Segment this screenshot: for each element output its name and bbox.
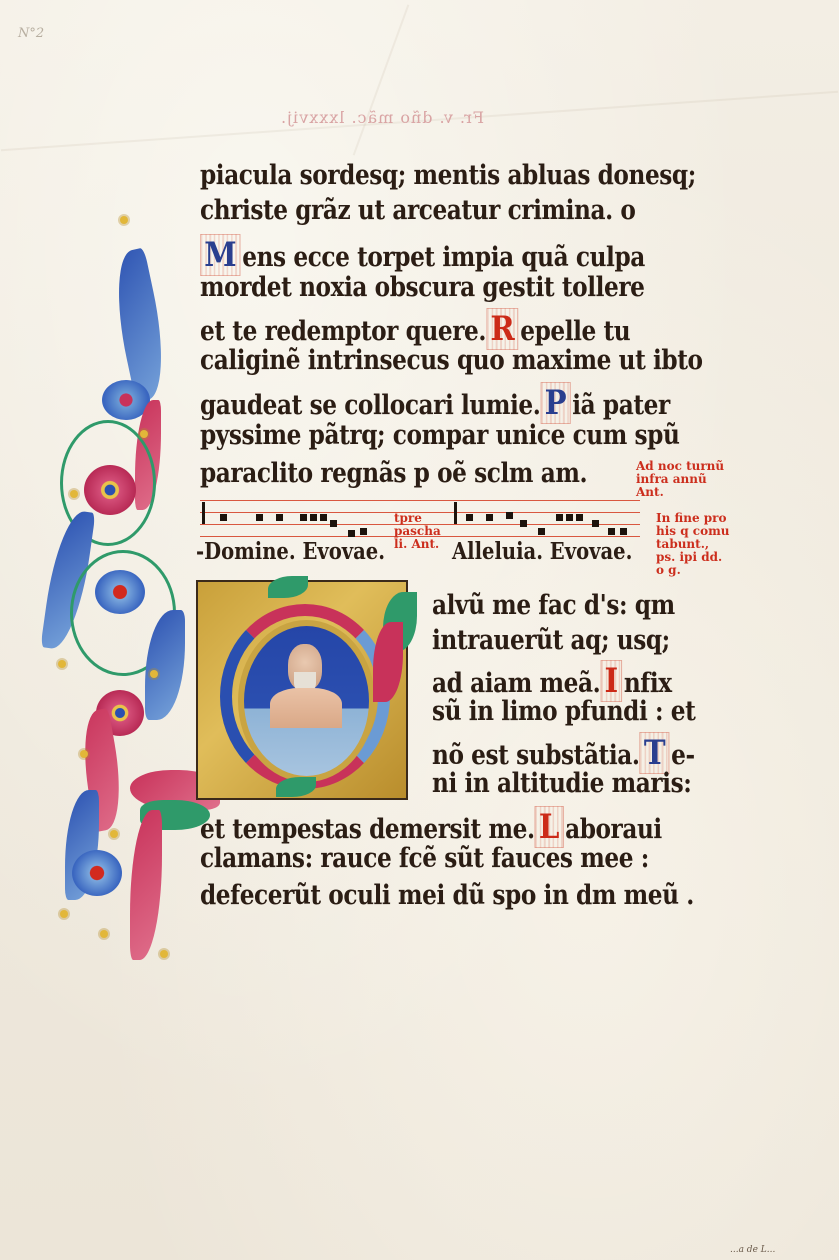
neume-icon — [360, 528, 367, 535]
initial-r: R — [486, 308, 518, 350]
neume-icon — [310, 514, 317, 521]
illuminated-initial-s — [196, 580, 408, 800]
floral-border — [40, 230, 210, 980]
neume-icon — [276, 514, 283, 521]
neume-icon — [538, 528, 545, 535]
neume-icon — [348, 530, 355, 537]
neume-icon — [486, 514, 493, 521]
text-line: et tempestas demersit me.Laboraui — [200, 806, 662, 848]
clef-icon — [202, 502, 205, 524]
green-leaf-icon — [276, 777, 316, 797]
neume-icon — [466, 514, 473, 521]
text-line: mordet noxia obscura gestit tollere — [200, 272, 644, 303]
green-leaf-icon — [268, 576, 308, 598]
manuscript-leaf: N°2 Fr. v. dño mãc. lxxxvij. piacula sor… — [0, 0, 839, 1260]
chant-text-alleluia: Alleluia. Evovae. — [452, 538, 632, 565]
flower-icon — [72, 850, 122, 896]
gold-dot-icon — [150, 670, 158, 678]
text-line: christe grãz ut arceatur crimina. o — [200, 195, 635, 226]
running-head: Fr. v. dño mãc. lxxxvij. — [280, 108, 484, 127]
text-line: pyssime pãtrq; compar unice cum spũ — [200, 420, 679, 451]
neume-icon — [566, 514, 573, 521]
text-line: Mens ecce torpet impia quã culpa — [200, 234, 645, 276]
text-line: piacula sordesq; mentis abluas donesq; — [200, 160, 696, 191]
neume-icon — [320, 514, 327, 521]
neume-icon — [300, 514, 307, 521]
gold-dot-icon — [100, 930, 108, 938]
text-line: ni in altitudie maris: — [432, 768, 691, 799]
gold-dot-icon — [120, 216, 128, 224]
neume-icon — [220, 514, 227, 521]
neume-icon — [608, 528, 615, 535]
neume-icon — [576, 514, 583, 521]
gold-dot-icon — [70, 490, 78, 498]
acanthus-leaf-icon — [130, 810, 162, 960]
gold-dot-icon — [140, 430, 148, 438]
chant-text-domine: -Domine. Evovae. — [196, 538, 385, 565]
rubric-tempore-paschali: tpre pascha li. Ant. — [394, 512, 441, 551]
initial-m: M — [200, 234, 241, 276]
text-line: paraclito regnãs p oẽ sclm am. — [200, 458, 587, 489]
figure-body-icon — [270, 688, 342, 728]
text-line: gaudeat se collocari lumie.Piã pater — [200, 382, 670, 424]
rubric-ad-nocturnum: Ad noc turnũ infra annũ Ant. — [636, 460, 724, 499]
parchment-crease — [353, 4, 410, 155]
neume-icon — [520, 520, 527, 527]
initial-l: L — [535, 806, 564, 848]
text-line: alvũ me fac d's: qm — [432, 590, 675, 621]
gold-dot-icon — [80, 750, 88, 758]
gold-dot-icon — [160, 950, 168, 958]
medallion-miniature — [238, 620, 375, 782]
staff-line — [200, 500, 640, 501]
neume-icon — [330, 520, 337, 527]
folio-number: N°2 — [18, 26, 44, 41]
neume-icon — [556, 514, 563, 521]
text-line: sũ in limo pfundi : et — [432, 696, 695, 727]
neume-icon — [256, 514, 263, 521]
text-line: et te redemptor quere.Repelle tu — [200, 308, 630, 350]
gold-dot-icon — [58, 660, 66, 668]
neume-icon — [620, 528, 627, 535]
text-line: defecerũt oculi mei dũ spo in dm meũ . — [200, 880, 694, 911]
initial-p: P — [540, 382, 570, 424]
text-line: intrauerũt aq; usq; — [432, 625, 670, 656]
acanthus-leaf-icon — [105, 247, 175, 402]
gold-dot-icon — [60, 910, 68, 918]
flower-icon — [95, 570, 145, 614]
dragon-head-icon — [373, 622, 403, 702]
neume-icon — [506, 512, 513, 519]
gold-dot-icon — [110, 830, 118, 838]
signature-note: ...a de L... — [730, 1245, 775, 1255]
rose-flower-icon — [84, 465, 136, 515]
clef-icon — [454, 502, 457, 524]
text-line: caliginẽ intrinsecus quo maxime ut ibto — [200, 345, 703, 376]
text-line: clamans: rauce fcẽ sũt fauces mee : — [200, 843, 649, 874]
rubric-in-fine: In fine pro his q comu tabunt., ps. ipi … — [656, 512, 730, 577]
neume-icon — [592, 520, 599, 527]
